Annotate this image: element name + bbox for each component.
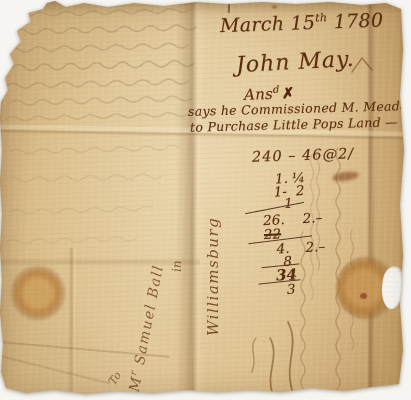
- date-year: 1780: [333, 9, 383, 33]
- right-fold-flap: [367, 0, 404, 400]
- diagonal-crease: [0, 354, 110, 385]
- top-edge-tear: [228, 0, 230, 13]
- address-name-prefix: M: [127, 375, 146, 394]
- paper-sheet-wrap: March 15th 1780 John May. Ansd✗ says he …: [0, 0, 411, 400]
- ink-stain-left: [8, 265, 68, 321]
- torn-hole: [379, 265, 405, 310]
- date-line: March 15th 1780: [220, 9, 384, 37]
- date-superscript: th: [315, 11, 328, 24]
- addressee-name: John May.: [235, 47, 355, 78]
- figure-row: 1: [284, 196, 293, 212]
- address-name-rest: Samuel Ball: [131, 263, 167, 372]
- ink-speck: [272, 5, 277, 9]
- figures-header: 240 – 46@2/: [252, 146, 355, 166]
- scanned-letter: March 15th 1780 John May. Ansd✗ says he …: [0, 0, 411, 400]
- address-name: Mr Samuel Ball: [126, 263, 167, 393]
- address-city: Williamsburg: [204, 217, 222, 336]
- figures-column: 1.¼1-2126.2.–224.2.–8343: [247, 167, 364, 303]
- cross-mark: ✗: [281, 84, 294, 102]
- figure-row: 3: [286, 282, 295, 298]
- center-fold-crease: [176, 0, 206, 400]
- answered-superscript: d: [273, 85, 280, 96]
- vertical-crease: [68, 248, 76, 400]
- address-in: in: [170, 260, 184, 272]
- address-to: To: [106, 369, 124, 387]
- paper-sheet: March 15th 1780 John May. Ansd✗ says he …: [0, 0, 411, 400]
- date-text: March 15: [220, 12, 316, 37]
